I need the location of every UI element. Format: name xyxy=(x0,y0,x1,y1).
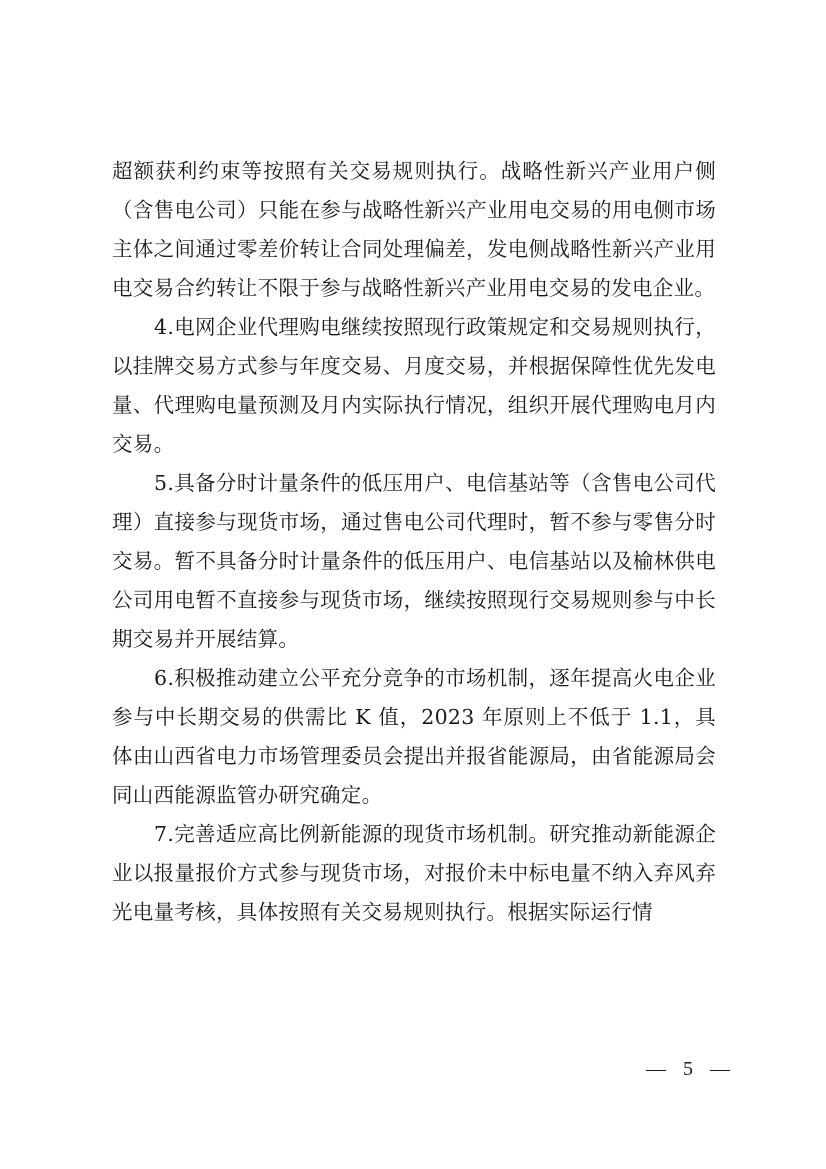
page-number: — 5 — xyxy=(646,1058,736,1081)
paragraph-item-7: 7.完善适应高比例新能源的现货市场机制。研究推动新能源企业以报量报价方式参与现货… xyxy=(112,815,716,932)
body-text: 超额获利约束等按照有关交易规则执行。战略性新兴产业用户侧（含售电公司）只能在参与… xyxy=(112,152,716,932)
paragraph-item-6: 6.积极推动建立公平充分竞争的市场机制，逐年提高火电企业参与中长期交易的供需比 … xyxy=(112,659,716,815)
paragraph-item-5: 5.具备分时计量条件的低压用户、电信基站等（含售电公司代理）直接参与现货市场，通… xyxy=(112,464,716,659)
paragraph-continuation: 超额获利约束等按照有关交易规则执行。战略性新兴产业用户侧（含售电公司）只能在参与… xyxy=(112,152,716,308)
paragraph-item-4: 4.电网企业代理购电继续按照现行政策规定和交易规则执行，以挂牌交易方式参与年度交… xyxy=(112,308,716,464)
document-page: 超额获利约束等按照有关交易规则执行。战略性新兴产业用户侧（含售电公司）只能在参与… xyxy=(0,0,826,1169)
